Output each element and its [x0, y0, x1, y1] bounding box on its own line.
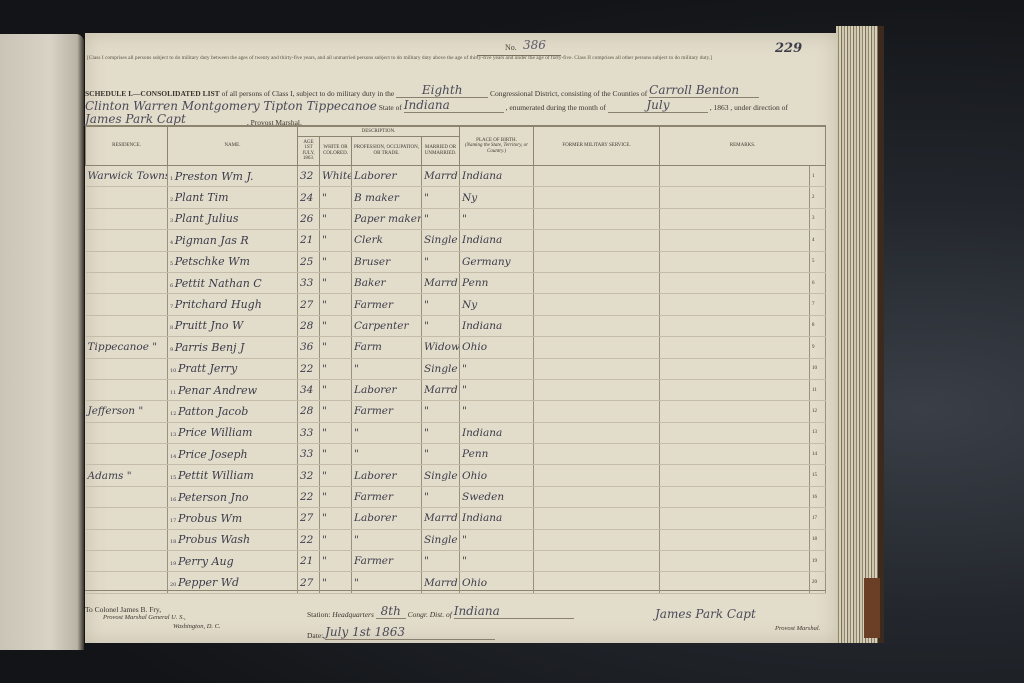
remarks-cell [660, 294, 810, 315]
table-row: 10 Pratt Jerry22""Single"10 [86, 358, 826, 379]
military-service-cell [534, 166, 660, 187]
remarks-cell [660, 187, 810, 208]
birth-cell: Ny [460, 187, 534, 208]
name-cell: 9 Parris Benj J [168, 337, 298, 358]
birth-cell: Indiana [460, 508, 534, 529]
name-index: 2 [170, 197, 175, 203]
married-cell: " [422, 422, 460, 443]
military-service-cell [534, 294, 660, 315]
profession-cell: Clerk [352, 230, 422, 251]
station-district-number: 8th [376, 604, 406, 619]
color-cell: " [320, 272, 352, 293]
title-line-2: Clinton Warren Montgomery Tipton Tippeca… [85, 98, 788, 113]
addressee-block: To Colonel James B. Fry, Provost Marshal… [85, 605, 221, 631]
name-cell: 1 Preston Wm J. [168, 166, 298, 187]
name-index: 19 [170, 561, 178, 567]
table-row: 20 Pepper Wd27""MarrdOhio20 [86, 572, 826, 593]
color-cell: " [320, 379, 352, 400]
residence-cell [86, 187, 168, 208]
remarks-cell [660, 315, 810, 336]
residence-cell: Warwick Township [86, 166, 168, 187]
table-row: 7 Pritchard Hugh27"Farmer"Ny7 [86, 294, 826, 315]
name-cell: 2 Plant Tim [168, 187, 298, 208]
row-number-cell: 4 [810, 230, 826, 251]
enumerated-label: , enumerated during the month of [506, 103, 606, 112]
page-number: 229 [775, 41, 802, 56]
remarks-cell [660, 379, 810, 400]
military-service-cell [534, 337, 660, 358]
name-index: 8 [170, 325, 175, 331]
remarks-cell [660, 465, 810, 486]
remarks-cell [660, 251, 810, 272]
profession-cell: Farmer [352, 401, 422, 422]
age-cell: 27 [298, 572, 320, 593]
name-index: 3 [170, 218, 175, 224]
table-row: 18 Probus Wash22""Single"18 [86, 529, 826, 550]
residence-cell [86, 572, 168, 593]
profession-cell: " [352, 444, 422, 465]
profession-cell: Paper maker [352, 208, 422, 229]
married-cell: Single [422, 465, 460, 486]
header-white-or-colored: White or Colored. [320, 136, 352, 165]
birth-cell: Ohio [460, 337, 534, 358]
color-cell: " [320, 315, 352, 336]
color-cell: " [320, 294, 352, 315]
title-text-1: of all persons of Class I, subject to do… [222, 89, 395, 98]
profession-cell: B maker [352, 187, 422, 208]
remarks-cell [660, 551, 810, 572]
row-number-cell: 3 [810, 208, 826, 229]
name-cell: 20 Pepper Wd [168, 572, 298, 593]
name-cell: 19 Perry Aug [168, 551, 298, 572]
state-field: Indiana [404, 98, 504, 113]
table-row: Warwick Township1 Preston Wm J.32WhiteLa… [86, 166, 826, 187]
register-page: No. 386 229 [Class I comprises all perso… [85, 33, 837, 643]
residence-cell [86, 422, 168, 443]
name-index: 5 [170, 261, 175, 267]
married-cell: Marrd [422, 272, 460, 293]
married-cell: " [422, 208, 460, 229]
name-index: 15 [170, 475, 178, 481]
name-index: 4 [170, 240, 175, 246]
profession-cell: Carpenter [352, 315, 422, 336]
color-cell: " [320, 551, 352, 572]
military-service-cell [534, 508, 660, 529]
name-cell: 10 Pratt Jerry [168, 358, 298, 379]
military-service-cell [534, 572, 660, 593]
addressee-place: Washington, D. C. [85, 623, 221, 631]
married-cell: " [422, 486, 460, 507]
remarks-cell [660, 230, 810, 251]
profession-cell: Farm [352, 337, 422, 358]
profession-cell: " [352, 529, 422, 550]
age-cell: 32 [298, 465, 320, 486]
row-number-cell: 1 [810, 166, 826, 187]
name-index: 14 [170, 454, 178, 460]
profession-cell: Bruser [352, 251, 422, 272]
remarks-cell [660, 337, 810, 358]
row-number-cell: 18 [810, 529, 826, 550]
header-birth-title: Place of Birth. [476, 138, 517, 143]
age-cell: 26 [298, 208, 320, 229]
header-remarks: Remarks. [660, 127, 826, 166]
age-cell: 32 [298, 166, 320, 187]
header-married: Married or Unmarried. [422, 136, 460, 165]
age-cell: 25 [298, 251, 320, 272]
color-cell: " [320, 251, 352, 272]
name-cell: 3 Plant Julius [168, 208, 298, 229]
name-cell: 13 Price William [168, 422, 298, 443]
row-number-cell: 13 [810, 422, 826, 443]
table-row: 14 Price Joseph33"""Penn14 [86, 444, 826, 465]
birth-cell: Indiana [460, 422, 534, 443]
color-cell: " [320, 337, 352, 358]
military-service-cell [534, 208, 660, 229]
military-service-cell [534, 187, 660, 208]
name-index: 7 [170, 304, 175, 310]
residence-cell [86, 529, 168, 550]
name-cell: 17 Probus Wm [168, 508, 298, 529]
header-residence: Residence. [86, 127, 168, 166]
name-index: 11 [170, 390, 178, 396]
military-service-cell [534, 444, 660, 465]
birth-cell: " [460, 551, 534, 572]
year-text: , 1863 , under direction of [710, 103, 788, 112]
date-label: Date: [307, 631, 323, 640]
header-birth-subtitle: (Naming the State, Territory, or Country… [465, 143, 528, 154]
remarks-cell [660, 208, 810, 229]
age-cell: 22 [298, 358, 320, 379]
military-service-cell [534, 422, 660, 443]
color-cell: " [320, 187, 352, 208]
station-label: Station: [307, 610, 330, 619]
row-number-cell: 10 [810, 358, 826, 379]
married-cell: Marrd [422, 508, 460, 529]
row-number-cell: 15 [810, 465, 826, 486]
row-number-cell: 12 [810, 401, 826, 422]
married-cell: Single [422, 529, 460, 550]
remarks-cell [660, 272, 810, 293]
birth-cell: " [460, 529, 534, 550]
age-cell: 28 [298, 401, 320, 422]
table-row: 3 Plant Julius26"Paper maker""3 [86, 208, 826, 229]
birth-cell: Penn [460, 272, 534, 293]
station-line: Station: Headquarters 8th Congr. Dist. o… [307, 604, 574, 619]
schedule-number-value: 386 [523, 38, 546, 52]
age-cell: 24 [298, 187, 320, 208]
military-service-cell [534, 315, 660, 336]
married-cell: Marrd [422, 572, 460, 593]
color-cell: " [320, 230, 352, 251]
remarks-cell [660, 486, 810, 507]
signature: James Park Capt [655, 607, 756, 621]
married-cell: Marrd [422, 379, 460, 400]
married-cell: " [422, 444, 460, 465]
married-cell: " [422, 315, 460, 336]
name-index: 9 [170, 347, 175, 353]
name-cell: 16 Peterson Jno [168, 486, 298, 507]
military-service-cell [534, 486, 660, 507]
residence-cell [86, 251, 168, 272]
age-cell: 28 [298, 315, 320, 336]
military-service-cell [534, 272, 660, 293]
name-index: 20 [170, 582, 178, 588]
age-cell: 27 [298, 508, 320, 529]
military-service-cell [534, 551, 660, 572]
schedule-title: SCHEDULE I.—CONSOLIDATED LIST [85, 89, 220, 98]
married-cell: " [422, 251, 460, 272]
birth-cell: " [460, 401, 534, 422]
color-cell: " [320, 508, 352, 529]
military-service-cell [534, 251, 660, 272]
footer-state-field: Indiana [454, 604, 574, 619]
row-number-cell: 17 [810, 508, 826, 529]
name-cell: 15 Pettit William [168, 465, 298, 486]
profession-cell: Laborer [352, 166, 422, 187]
profession-cell: Laborer [352, 379, 422, 400]
profession-cell: " [352, 572, 422, 593]
title-line-1: SCHEDULE I.—CONSOLIDATED LIST of all per… [85, 83, 759, 98]
age-cell: 22 [298, 529, 320, 550]
remarks-cell [660, 529, 810, 550]
birth-cell: Indiana [460, 166, 534, 187]
residence-cell: Adams " [86, 465, 168, 486]
age-cell: 22 [298, 486, 320, 507]
profession-cell: Farmer [352, 486, 422, 507]
married-cell: Single [422, 230, 460, 251]
married-cell: " [422, 551, 460, 572]
married-cell: " [422, 187, 460, 208]
enrollment-table: Residence. Name. Description. Place of B… [85, 125, 826, 591]
table-row: Tippecanoe "9 Parris Benj J36"FarmWidowO… [86, 337, 826, 358]
state-label: State of [379, 103, 402, 112]
header-place-of-birth: Place of Birth. (Naming the State, Terri… [460, 127, 534, 166]
birth-cell: Penn [460, 444, 534, 465]
header-name: Name. [168, 127, 298, 166]
addressee-title: Provost Marshal General U. S., [85, 614, 221, 622]
header-description: Description. [298, 127, 460, 137]
age-cell: 36 [298, 337, 320, 358]
birth-cell: Ohio [460, 465, 534, 486]
profession-cell: Farmer [352, 294, 422, 315]
row-number-cell: 8 [810, 315, 826, 336]
profession-cell: Laborer [352, 465, 422, 486]
remarks-cell [660, 401, 810, 422]
table-row: Jefferson "12 Patton Jacob28"Farmer""12 [86, 401, 826, 422]
remarks-cell [660, 444, 810, 465]
name-cell: 18 Probus Wash [168, 529, 298, 550]
name-cell: 7 Pritchard Hugh [168, 294, 298, 315]
table-row: 6 Pettit Nathan C33"BakerMarrdPenn6 [86, 272, 826, 293]
birth-cell: " [460, 358, 534, 379]
age-cell: 27 [298, 294, 320, 315]
residence-cell: Tippecanoe " [86, 337, 168, 358]
profession-cell: Laborer [352, 508, 422, 529]
table-row: Adams "15 Pettit William32"LaborerSingle… [86, 465, 826, 486]
birth-cell: Ohio [460, 572, 534, 593]
age-cell: 33 [298, 272, 320, 293]
residence-cell: Jefferson " [86, 401, 168, 422]
remarks-cell [660, 422, 810, 443]
birth-cell: Germany [460, 251, 534, 272]
age-cell: 33 [298, 422, 320, 443]
color-cell: " [320, 444, 352, 465]
table-row: 11 Penar Andrew34"LaborerMarrd"11 [86, 379, 826, 400]
birth-cell: Ny [460, 294, 534, 315]
color-cell: White [320, 166, 352, 187]
residence-cell [86, 508, 168, 529]
row-number-cell: 20 [810, 572, 826, 593]
district-label: Congr. Dist. of [408, 610, 452, 619]
header-former-military-service: Former Military Service. [534, 127, 660, 166]
married-cell: " [422, 294, 460, 315]
row-number-cell: 2 [810, 187, 826, 208]
book-cover-corner [864, 578, 880, 638]
military-service-cell [534, 379, 660, 400]
name-cell: 11 Penar Andrew [168, 379, 298, 400]
residence-cell [86, 294, 168, 315]
name-cell: 6 Pettit Nathan C [168, 272, 298, 293]
addressee-name: To Colonel James B. Fry, [85, 605, 221, 614]
birth-cell: Indiana [460, 315, 534, 336]
birth-cell: Sweden [460, 486, 534, 507]
schedule-number-label: No. [505, 43, 517, 52]
profession-cell: " [352, 422, 422, 443]
name-index: 10 [170, 368, 178, 374]
table-row: 16 Peterson Jno22"Farmer"Sweden16 [86, 486, 826, 507]
name-cell: 5 Petschke Wm [168, 251, 298, 272]
row-number-cell: 19 [810, 551, 826, 572]
color-cell: " [320, 422, 352, 443]
color-cell: " [320, 529, 352, 550]
color-cell: " [320, 401, 352, 422]
date-field: July 1st 1863 [325, 625, 495, 640]
military-service-cell [534, 529, 660, 550]
row-number-cell: 11 [810, 379, 826, 400]
birth-cell: " [460, 208, 534, 229]
military-service-cell [534, 358, 660, 379]
row-number-cell: 6 [810, 272, 826, 293]
residence-cell [86, 208, 168, 229]
name-index: 18 [170, 539, 178, 545]
table-row: 5 Petschke Wm25"Bruser"Germany5 [86, 251, 826, 272]
residence-cell [86, 551, 168, 572]
row-number-cell: 16 [810, 486, 826, 507]
row-number-cell: 9 [810, 337, 826, 358]
row-number-cell: 7 [810, 294, 826, 315]
residence-cell [86, 272, 168, 293]
residence-cell [86, 379, 168, 400]
color-cell: " [320, 465, 352, 486]
district-field: Eighth [396, 83, 488, 98]
age-cell: 21 [298, 230, 320, 251]
color-cell: " [320, 358, 352, 379]
remarks-cell [660, 572, 810, 593]
table-row: 2 Plant Tim24"B maker"Ny2 [86, 187, 826, 208]
birth-cell: Indiana [460, 230, 534, 251]
birth-cell: " [460, 379, 534, 400]
header-age: Age 1st July, 1863. [298, 136, 320, 165]
name-index: 16 [170, 497, 178, 503]
residence-cell [86, 486, 168, 507]
table-row: 19 Perry Aug21"Farmer""19 [86, 551, 826, 572]
book-page-edges [836, 26, 884, 643]
table-row: 13 Price William33"""Indiana13 [86, 422, 826, 443]
class-definition-note: [Class I comprises all persons subject t… [87, 55, 835, 61]
profession-cell: Baker [352, 272, 422, 293]
married-cell: " [422, 401, 460, 422]
married-cell: Widow [422, 337, 460, 358]
row-number-cell: 14 [810, 444, 826, 465]
age-cell: 33 [298, 444, 320, 465]
married-cell: Single [422, 358, 460, 379]
table-row: 17 Probus Wm27"LaborerMarrdIndiana17 [86, 508, 826, 529]
remarks-cell [660, 358, 810, 379]
station-printed: Headquarters [332, 610, 374, 619]
name-cell: 8 Pruitt Jno W [168, 315, 298, 336]
military-service-cell [534, 465, 660, 486]
residence-cell [86, 358, 168, 379]
profession-cell: Farmer [352, 551, 422, 572]
name-index: 6 [170, 283, 175, 289]
age-cell: 21 [298, 551, 320, 572]
residence-cell [86, 230, 168, 251]
signature-title: Provost Marshal. [775, 625, 820, 632]
residence-cell [86, 444, 168, 465]
name-cell: 14 Price Joseph [168, 444, 298, 465]
date-line: Date: July 1st 1863 [307, 625, 495, 640]
name-index: 12 [170, 411, 178, 417]
header-profession: Profession, Occupation, or Trade. [352, 136, 422, 165]
military-service-cell [534, 230, 660, 251]
name-index: 1 [170, 176, 175, 182]
table-row: 4 Pigman Jas R21"ClerkSingleIndiana4 [86, 230, 826, 251]
counties-field-1: Carroll Benton [649, 83, 759, 98]
table-row: 8 Pruitt Jno W28"Carpenter"Indiana8 [86, 315, 826, 336]
married-cell: Marrd [422, 166, 460, 187]
remarks-cell [660, 508, 810, 529]
left-facing-page [0, 34, 84, 650]
counties-field-2: Clinton Warren Montgomery Tipton Tippeca… [85, 99, 377, 113]
name-cell: 4 Pigman Jas R [168, 230, 298, 251]
military-service-cell [534, 401, 660, 422]
row-number-cell: 5 [810, 251, 826, 272]
title-text-2: Congressional District, consisting of th… [490, 89, 647, 98]
color-cell: " [320, 572, 352, 593]
residence-cell [86, 315, 168, 336]
color-cell: " [320, 208, 352, 229]
profession-cell: " [352, 358, 422, 379]
remarks-cell [660, 166, 810, 187]
name-cell: 12 Patton Jacob [168, 401, 298, 422]
age-cell: 34 [298, 379, 320, 400]
color-cell: " [320, 486, 352, 507]
name-index: 13 [170, 432, 178, 438]
month-field: July [608, 98, 708, 113]
name-index: 17 [170, 518, 178, 524]
